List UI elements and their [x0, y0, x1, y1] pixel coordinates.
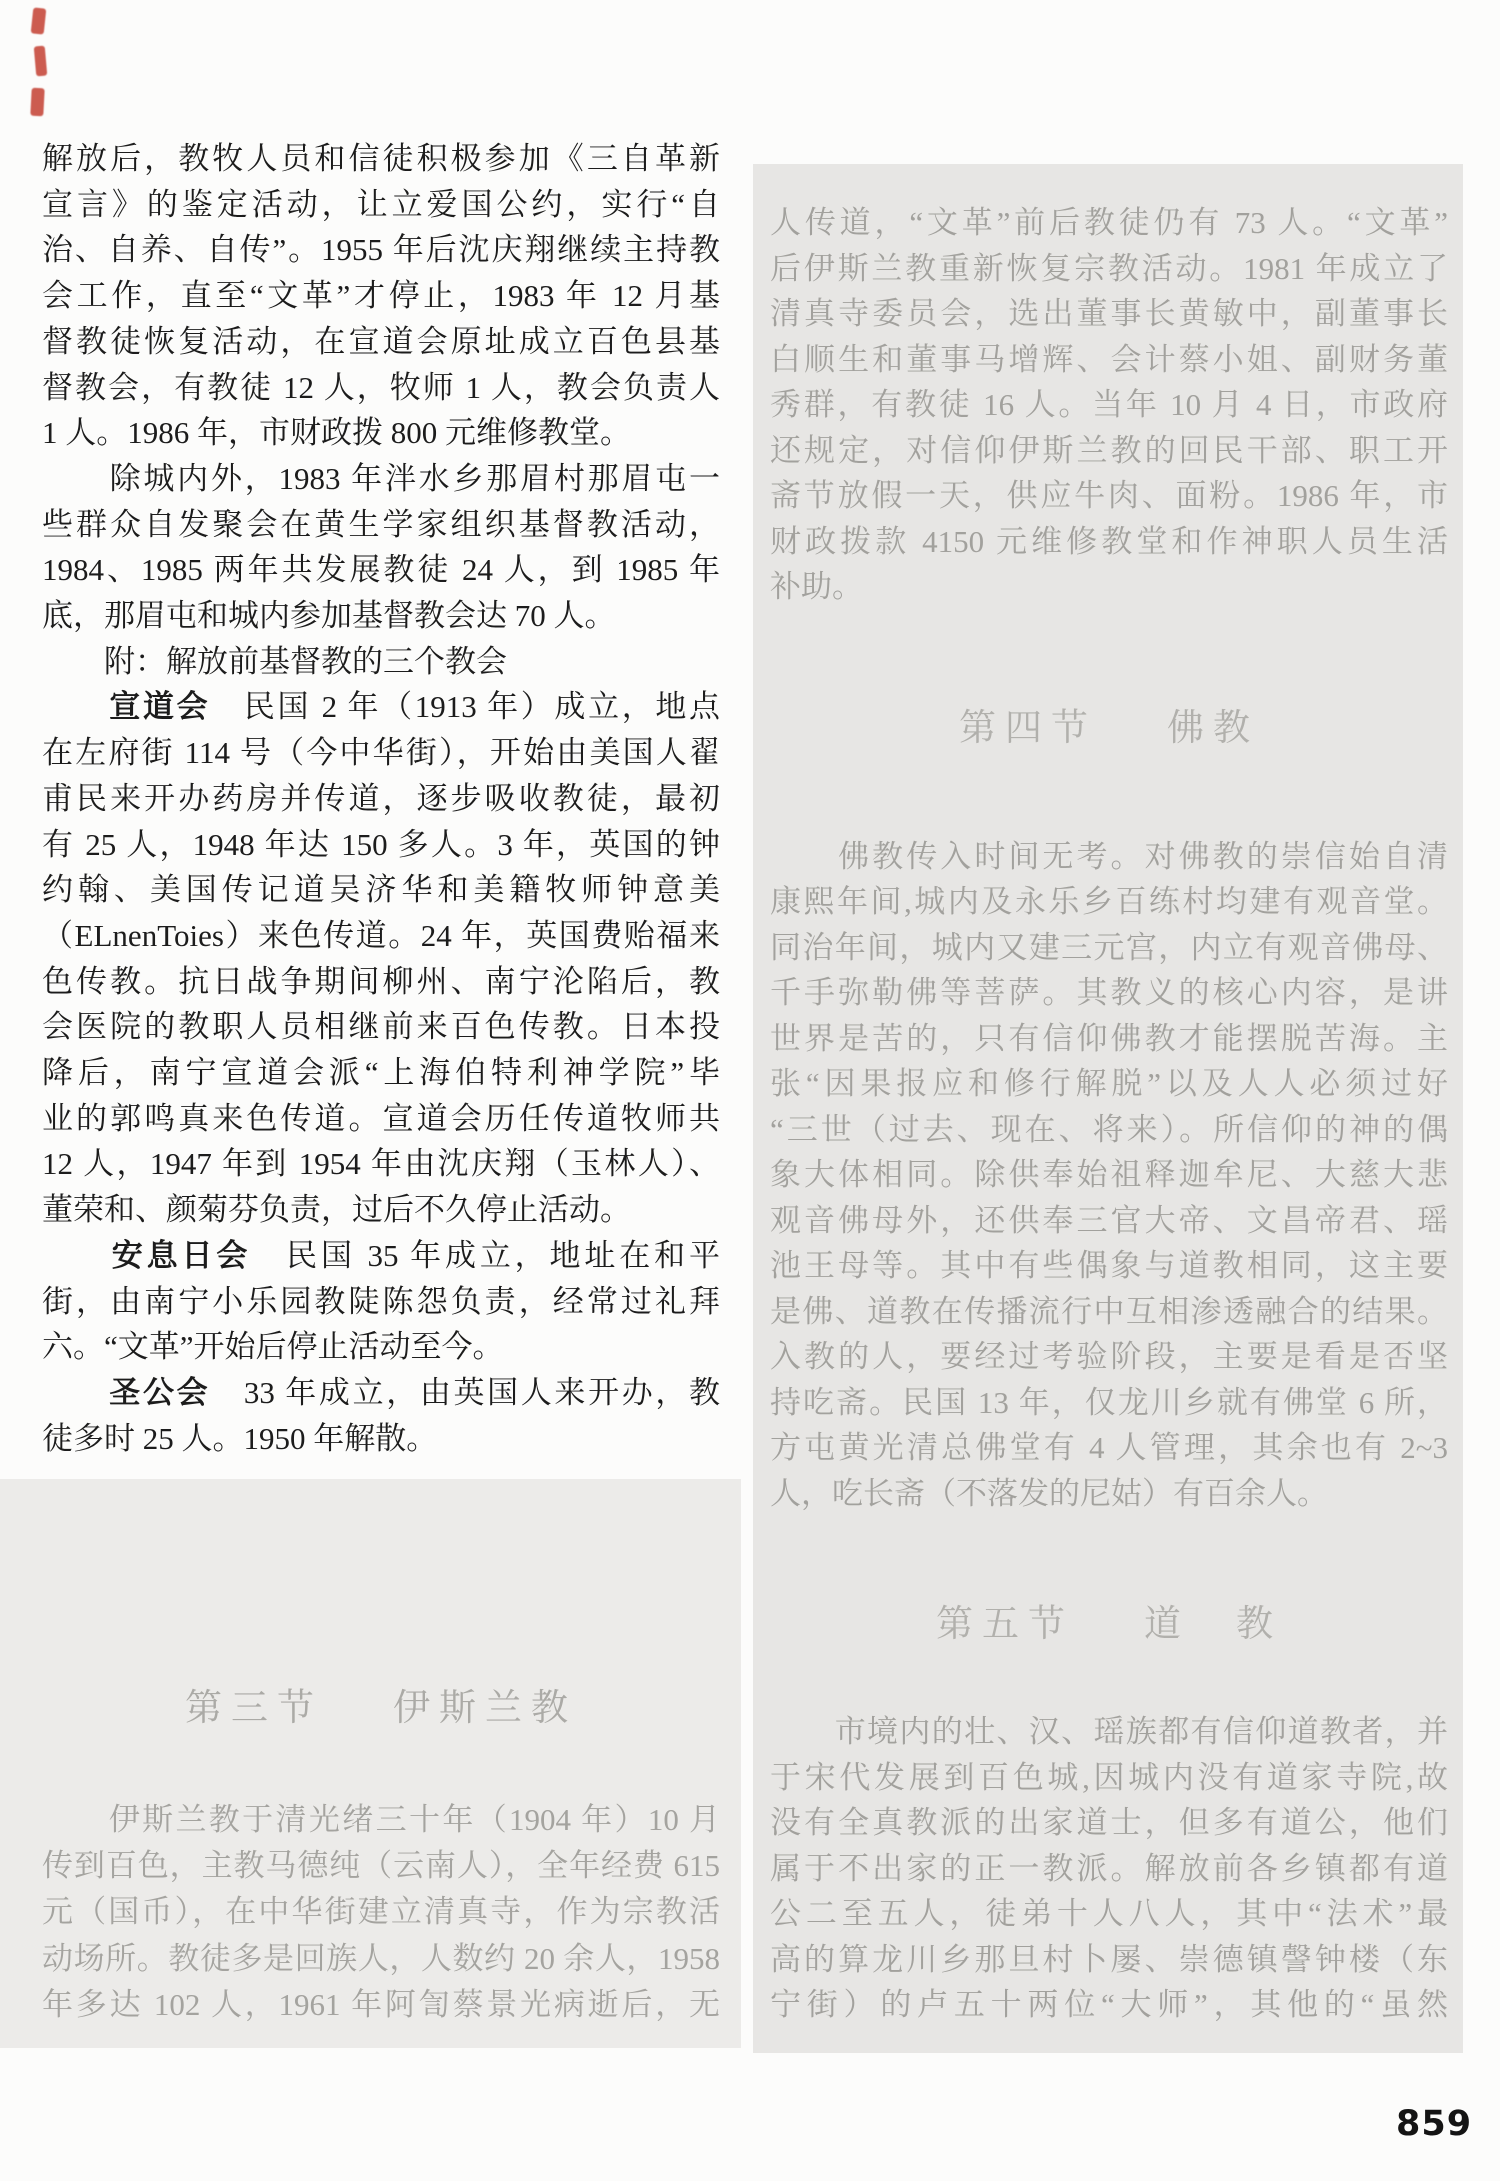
text-line: 元（国币），在中华街建立清真寺，作为宗教活 [42, 1889, 720, 1935]
paragraph: 附：解放前基督教的三个教会 [42, 639, 720, 685]
text-line: 斋节放假一天，供应牛肉、面粉。1986 年，市 [770, 473, 1448, 519]
text-line: 秀群，有教徒 16 人。当年 10 月 4 日，市政府 [770, 382, 1448, 428]
section-number-label: 第五节 [936, 1601, 1074, 1649]
section-heading: 第三节伊斯兰教 [42, 1685, 720, 1733]
paragraph: 人传道，“文革”前后教徒仍有 73 人。“文革”后伊斯兰教重新恢复宗教活动。19… [770, 200, 1448, 610]
scanned-book-page: { "page": { "number": "859", "left_main_… [0, 0, 1500, 2181]
left-column-text: 解放后，教牧人员和信徒积极参加《三自革新宣言》的鉴定活动，让立爱国公约，实行“自… [42, 136, 720, 1461]
text-line: 象大体相同。除供奉始祖释迦牟尼、大慈大悲 [770, 1152, 1448, 1198]
paragraph: 安息日会 民国 35 年成立，地址在和平街，由南宁小乐园教陡陈怨负责，经常过礼拜… [42, 1233, 720, 1370]
text-line: 于宋代发展到百色城,因城内没有道家寺院,故 [770, 1755, 1448, 1801]
paragraph: 解放后，教牧人员和信徒积极参加《三自革新宣言》的鉴定活动，让立爱国公约，实行“自… [42, 136, 720, 456]
text-line: 督教会，有教徒 12 人，牧师 1 人，教会负责人 [42, 365, 720, 411]
text-line: 人传道，“文革”前后教徒仍有 73 人。“文革” [770, 200, 1448, 246]
text-line: 财政拨款 4150 元维修教堂和作神职人员生活 [770, 519, 1448, 565]
text-line: 康熙年间,城内及永乐乡百练村均建有观音堂。 [770, 879, 1448, 925]
red-mark-icon [34, 46, 48, 77]
text-line: 后伊斯兰教重新恢复宗教活动。1981 年成立了 [770, 246, 1448, 292]
text-line: 附：解放前基督教的三个教会 [42, 639, 720, 685]
text-line: 有 25 人，1948 年达 150 多人。3 年，英国的钟 [42, 822, 720, 868]
text-line: 些群众自发聚会在黄生学家组织基督教活动， [42, 502, 720, 548]
text-line: 色传教。抗日战争期间柳州、南宁沦陷后，教 [42, 959, 720, 1005]
text-line: 甫民来开办药房并传道，逐步吸收教徒，最初 [42, 776, 720, 822]
text-line: 动场所。教徒多是回族人，人数约 20 余人，1958 [42, 1936, 720, 1982]
text-line: 还规定，对信仰伊斯兰教的回民干部、职工开 [770, 428, 1448, 474]
text-line: 会医院的教职人员相继前来百色传教。日本投 [42, 1004, 720, 1050]
text-line: 传到百色，主教马德纯（云南人），全年经费 615 [42, 1843, 720, 1889]
text-line: （ELnenToies）来色传道。24 年，英国费贻福来 [42, 913, 720, 959]
text-line: 解放后，教牧人员和信徒积极参加《三自革新 [42, 136, 720, 182]
text-line: 同治年间，城内又建三元宫，内立有观音佛母、 [770, 925, 1448, 971]
text-line: 张“因果报应和修行解脱”以及人人必须过好 [770, 1061, 1448, 1107]
left-bottom-islam-section: 第三节伊斯兰教 伊斯兰教于清光绪三十年（1904 年）10 月传到百色，主教马德… [42, 1685, 720, 2028]
section-title: 道 教 [1144, 1601, 1282, 1649]
text-line: 清真寺委员会，选出董事长黄敏中，副董事长 [770, 291, 1448, 337]
text-line: 约翰、美国传记道吴济华和美籍牧师钟意美 [42, 867, 720, 913]
text-line: 方屯黄光清总佛堂有 4 人管理，其余也有 2~3 [770, 1425, 1448, 1471]
text-line: 安息日会 民国 35 年成立，地址在和平 [42, 1233, 720, 1279]
text-line: 公二至五人，徒弟十人八人，其中“法术”最 [770, 1891, 1448, 1937]
text-line: 世界是苦的，只有信仰佛教才能摆脱苦海。主 [770, 1016, 1448, 1062]
text-line: 观音佛母外，还供奉三官大帝、文昌帝君、瑶 [770, 1198, 1448, 1244]
paragraph: 伊斯兰教于清光绪三十年（1904 年）10 月传到百色，主教马德纯（云南人），全… [42, 1797, 720, 2028]
text-line: 年多达 102 人，1961 年阿訇蔡景光病逝后，无 [42, 1982, 720, 2028]
section-title: 伊斯兰教 [393, 1685, 577, 1733]
text-line: 宣言》的鉴定活动，让立爱国公约，实行“自 [42, 182, 720, 228]
text-line: 会工作，直至“文革”才停止，1983 年 12 月基 [42, 273, 720, 319]
section-heading: 第四节佛教 [770, 705, 1448, 753]
text-line: 圣公会 33 年成立，由英国人来开办，教 [42, 1370, 720, 1416]
text-line: 董荣和、颜菊芬负责，过后不久停止活动。 [42, 1187, 720, 1233]
text-line: 六。“文革”开始后停止活动至今。 [42, 1324, 720, 1370]
text-line: 除城内外，1983 年泮水乡那眉村那眉屯一 [42, 456, 720, 502]
paragraph: 圣公会 33 年成立，由英国人来开办，教徒多时 25 人。1950 年解散。 [42, 1370, 720, 1461]
text-line: 宣道会 民国 2 年（1913 年）成立，地点 [42, 684, 720, 730]
page-number: 859 [1396, 2104, 1472, 2144]
text-line: 徒多时 25 人。1950 年解散。 [42, 1416, 720, 1462]
red-scan-marks [28, 6, 50, 126]
text-line: “三世（过去、现在、将来）。所信仰的神的偶 [770, 1107, 1448, 1153]
text-line: 补助。 [770, 564, 1448, 610]
paragraph: 市境内的壮、汉、瑶族都有信仰道教者，并于宋代发展到百色城,因城内没有道家寺院,故… [770, 1709, 1448, 2028]
text-line: 街，由南宁小乐园教陡陈怨负责，经常过礼拜 [42, 1279, 720, 1325]
text-line: 底，那眉屯和城内参加基督教会达 70 人。 [42, 593, 720, 639]
text-line: 佛教传入时间无考。对佛教的崇信始自清 [770, 834, 1448, 880]
text-line: 宁街）的卢五十两位“大师”，其他的“虽然 [770, 1982, 1448, 2028]
text-line: 业的郭鸣真来色传道。宣道会历任传道牧师共 [42, 1096, 720, 1142]
right-column-text: 人传道，“文革”前后教徒仍有 73 人。“文革”后伊斯兰教重新恢复宗教活动。19… [770, 200, 1448, 2028]
text-line: 降后，南宁宣道会派“上海伯特利神学院”毕 [42, 1050, 720, 1096]
text-line: 高的算龙川乡那旦村卜屡、崇德镇謦钟楼（东 [770, 1937, 1448, 1983]
text-line: 治、自养、自传”。1955 年后沈庆翔继续主持教 [42, 227, 720, 273]
text-line: 在左府街 114 号（今中华街），开始由美国人翟 [42, 730, 720, 776]
section-number-label: 第三节 [185, 1685, 323, 1733]
text-line: 没有全真教派的出家道士，但多有道公，他们 [770, 1800, 1448, 1846]
text-line: 人，吃长斋（不落发的尼姑）有百余人。 [770, 1471, 1448, 1517]
text-line: 千手弥勒佛等菩萨。其教义的核心内容，是讲 [770, 970, 1448, 1016]
text-line: 1 人。1986 年，市财政拨 800 元维修教堂。 [42, 410, 720, 456]
paragraph: 宣道会 民国 2 年（1913 年）成立，地点在左府街 114 号（今中华街），… [42, 684, 720, 1232]
text-line: 12 人，1947 年到 1954 年由沈庆翔（玉林人）、 [42, 1141, 720, 1187]
text-line: 池王母等。其中有些偶象与道教相同，这主要 [770, 1243, 1448, 1289]
section-heading: 第五节道 教 [770, 1601, 1448, 1649]
paragraph: 除城内外，1983 年泮水乡那眉村那眉屯一些群众自发聚会在黄生学家组织基督教活动… [42, 456, 720, 639]
text-line: 伊斯兰教于清光绪三十年（1904 年）10 月 [42, 1797, 720, 1843]
red-mark-icon [30, 88, 44, 117]
text-line: 是佛、道教在传播流行中互相渗透融合的结果。 [770, 1289, 1448, 1335]
text-line: 1984、1985 两年共发展教徒 24 人，到 1985 年 [42, 547, 720, 593]
text-line: 督教徒恢复活动，在宣道会原址成立百色县基 [42, 319, 720, 365]
text-line: 入教的人，要经过考验阶段，主要是看是否坚 [770, 1334, 1448, 1380]
text-line: 白顺生和董事马增辉、会计蔡小姐、副财务董 [770, 337, 1448, 383]
section-title: 佛教 [1167, 705, 1259, 753]
text-line: 市境内的壮、汉、瑶族都有信仰道教者，并 [770, 1709, 1448, 1755]
text-line: 持吃斋。民国 13 年，仅龙川乡就有佛堂 6 所， [770, 1380, 1448, 1426]
text-line: 属于不出家的正一教派。解放前各乡镇都有道 [770, 1846, 1448, 1892]
section-number-label: 第四节 [959, 705, 1097, 753]
paragraph: 佛教传入时间无考。对佛教的崇信始自清康熙年间,城内及永乐乡百练村均建有观音堂。同… [770, 834, 1448, 1517]
red-mark-icon [31, 7, 47, 34]
